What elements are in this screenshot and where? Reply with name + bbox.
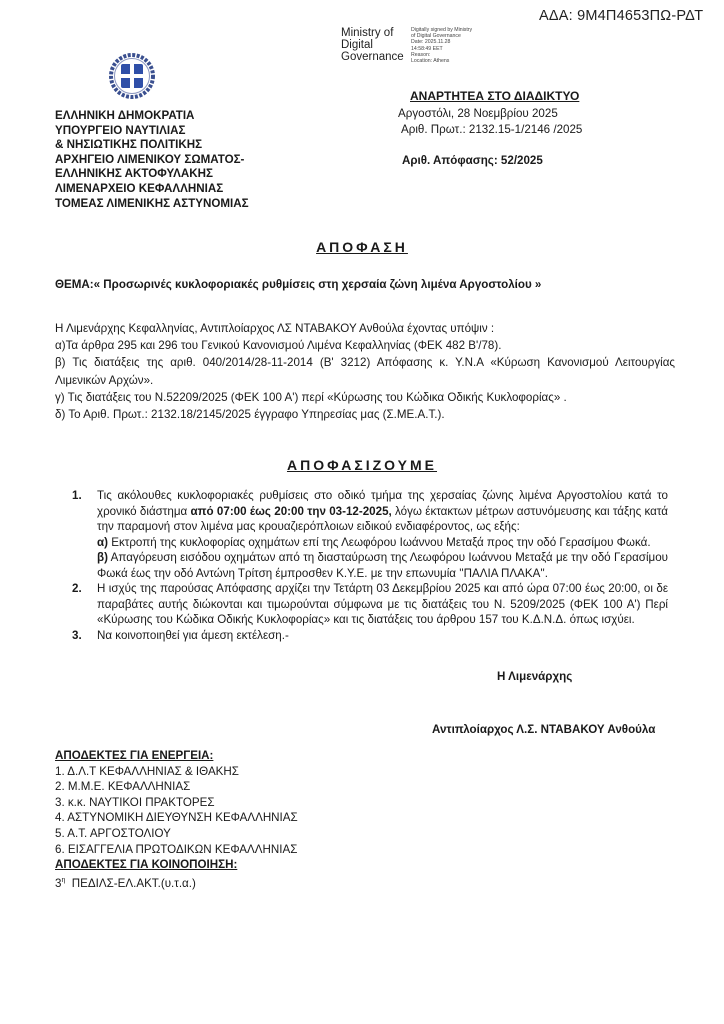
item-bold-period: από 07:00 έως 20:00 την 03-12-2025, [191, 505, 392, 518]
item-number: 2. [72, 581, 97, 628]
digital-signature-meta: Digitally signed by Ministry of Digital … [411, 27, 472, 64]
intro-paragraph: Η Λιμενάρχης Κεφαλληνίας, Αντιπλοίαρχος … [55, 320, 675, 337]
posting-notice: ΑΝΑΡΤΗΤΕΑ ΣΤΟ ΔΙΑΔΙΚΤΥΟ [410, 89, 579, 103]
recipient-item: 3. κ.κ. ΝΑΥΤΙΚΟΙ ΠΡΑΚΤΟΡΕΣ [55, 795, 298, 811]
place-date: Αργοστόλι, 28 Νοεμβρίου 2025 [398, 107, 558, 120]
authority-line: ΑΡΧΗΓΕΙΟ ΛΙΜΕΝΙΚΟΥ ΣΩΜΑΤΟΣ- [55, 153, 249, 168]
recipient-item: 6. ΕΙΣΑΓΓΕΛΙΑ ΠΡΩΤΟΔΙΚΩΝ ΚΕΦΑΛΛΗΝΙΑΣ [55, 842, 298, 858]
item-1-sub-a: α) Εκτροπή της κυκλοφορίας οχημάτων επί … [97, 535, 668, 551]
item-number: 1. [72, 488, 97, 581]
sub-label: β) [97, 551, 108, 564]
item-1-sub-b: β) Απαγόρευση εισόδου οχημάτων από τη δι… [97, 550, 668, 581]
decision-number: Αριθ. Απόφασης: 52/2025 [402, 154, 543, 167]
recipients-action-heading: ΑΠΟΔΕΚΤΕΣ ΓΙΑ ΕΝΕΡΓΕΙΑ: [55, 748, 298, 764]
sub-label: α) [97, 536, 108, 549]
authority-line: & ΝΗΣΙΩΤΙΚΗΣ ΠΟΛΙΤΙΚΗΣ [55, 138, 249, 153]
authority-line: ΥΠΟΥΡΓΕΙΟ ΝΑΥΤΙΛΙΑΣ [55, 124, 249, 139]
issuing-authority: ΕΛΛΗΝΙΚΗ ΔΗΜΟΚΡΑΤΙΑ ΥΠΟΥΡΓΕΙΟ ΝΑΥΤΙΛΙΑΣ … [55, 109, 249, 211]
signatory-name: Αντιπλοίαρχος Λ.Σ. ΝΤΑΒΑΚΟΥ Ανθούλα [432, 723, 655, 736]
subject-line: ΘΕΜΑ:« Προσωρινές κυκλοφοριακές ρυθμίσει… [55, 278, 541, 291]
recipient-item: 2. Μ.Μ.Ε. ΚΕΦΑΛΛΗΝΙΑΣ [55, 779, 298, 795]
protocol-number: Αριθ. Πρωτ.: 2132.15-1/2146 /2025 [401, 123, 582, 136]
authority-line: ΕΛΛΗΝΙΚΗΣ ΑΚΤΟΦΥΛΑΚΗΣ [55, 167, 249, 182]
item-1-main: Τις ακόλουθες κυκλοφοριακές ρυθμίσεις στ… [97, 488, 668, 535]
considerations: Η Λιμενάρχης Κεφαλληνίας, Αντιπλοίαρχος … [55, 320, 675, 423]
sub-text: Απαγόρευση εισόδου οχημάτων από τη διαστ… [97, 551, 668, 580]
document-title: ΑΠΟΦΑΣΗ [0, 239, 724, 255]
ada-code: ΑΔΑ: 9Μ4Π4653ΠΩ-ΡΔΤ [539, 8, 703, 24]
digital-signature-org: Ministry of Digital Governance [341, 27, 404, 63]
consideration-a: α)Τα άρθρα 295 και 296 του Γενικού Κανον… [55, 337, 675, 354]
recipient-item: 5. Α.Τ. ΑΡΓΟΣΤΟΛΙΟΥ [55, 826, 298, 842]
greek-coat-of-arms-icon [108, 52, 156, 100]
signature-org-line: Digital [341, 39, 404, 51]
consideration-b: β) Τις διατάξεις της αριθ. 040/2014/28-1… [55, 354, 675, 388]
sub-text: Εκτροπή της κυκλοφορίας οχημάτων επί της… [108, 536, 651, 549]
authority-line: ΛΙΜΕΝΑΡΧΕΙΟ ΚΕΦΑΛΛΗΝΙΑΣ [55, 182, 249, 197]
decision-item-3: 3. Να κοινοποιηθεί για άμεση εκτέλεση.- [72, 628, 668, 644]
recipients-cc-heading: ΑΠΟΔΕΚΤΕΣ ΓΙΑ ΚΟΙΝΟΠΟΙΗΣΗ: [55, 857, 298, 873]
consideration-c: γ) Τις διατάξεις του Ν.52209/2025 (ΦΕΚ 1… [55, 389, 675, 406]
decision-item-1: 1. Τις ακόλουθες κυκλοφοριακές ρυθμίσεις… [72, 488, 668, 581]
recipient-cc-item: 3η ΠΕΔΙΛΣ-ΕΛ.ΑΚΤ.(υ.τ.α.) [55, 873, 298, 891]
recipients: ΑΠΟΔΕΚΤΕΣ ΓΙΑ ΕΝΕΡΓΕΙΑ: 1. Δ.Λ.Τ ΚΕΦΑΛΛΗ… [55, 748, 298, 891]
signatory-role: Η Λιμενάρχης [497, 670, 572, 683]
cc-text: ΠΕΔΙΛΣ-ΕΛ.ΑΚΤ.(υ.τ.α.) [65, 877, 196, 890]
recipient-item: 1. Δ.Λ.Τ ΚΕΦΑΛΛΗΝΙΑΣ & ΙΘΑΚΗΣ [55, 764, 298, 780]
signature-org-line: Governance [341, 51, 404, 63]
item-text: Να κοινοποιηθεί για άμεση εκτέλεση.- [97, 628, 668, 644]
authority-line: ΤΟΜΕΑΣ ΛΙΜΕΝΙΚΗΣ ΑΣΤΥΝΟΜΙΑΣ [55, 197, 249, 212]
signature-meta-line: Location: Athens [411, 58, 472, 64]
decision-item-2: 2. Η ισχύς της παρούσας Απόφασης αρχίζει… [72, 581, 668, 628]
item-number: 3. [72, 628, 97, 644]
recipient-item: 4. ΑΣΤΥΝΟΜΙΚΗ ΔΙΕΥΘΥΝΣΗ ΚΕΦΑΛΛΗΝΙΑΣ [55, 810, 298, 826]
signature-org-line: Ministry of [341, 27, 404, 39]
decide-title: ΑΠΟΦΑΣΙΖΟΥΜΕ [0, 457, 724, 473]
item-text: Η ισχύς της παρούσας Απόφασης αρχίζει τη… [97, 581, 668, 628]
consideration-d: δ) Το Αριθ. Πρωτ.: 2132.18/2145/2025 έγγ… [55, 406, 675, 423]
authority-line: ΕΛΛΗΝΙΚΗ ΔΗΜΟΚΡΑΤΙΑ [55, 109, 249, 124]
decision-items: 1. Τις ακόλουθες κυκλοφοριακές ρυθμίσεις… [72, 488, 668, 643]
